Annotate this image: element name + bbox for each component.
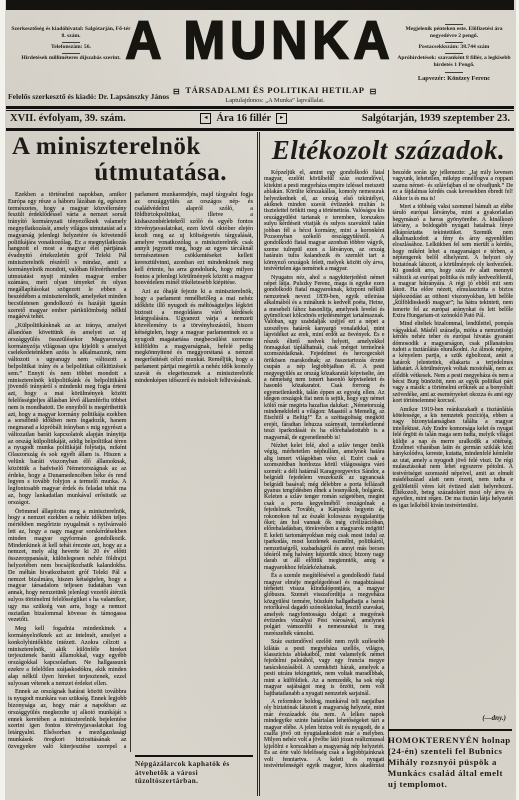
paragraph: Ezekben a történelmi napokban, amikor Eu… — [8, 192, 127, 321]
subtitle-text: TÁRSADALMI ÉS POLITIKAI HETILAP — [185, 85, 364, 95]
publisher-info-right: Megjelenik pénteken este. Előfizetési ár… — [394, 22, 514, 83]
content-divider — [6, 128, 514, 131]
article-signature: (—dny.) — [482, 714, 506, 722]
church-consecration-notice: HOMOKTERENYÉN holnap (24-én) szenteli fe… — [388, 729, 512, 790]
article-left-headline: A miniszterelnök útmutatása. — [8, 134, 253, 186]
lapvezer-line: Lapvezér: Köntzey Ferenc — [394, 72, 514, 82]
publisher-info-left: Szerkesztőség és kiadóhivatal: Salgótarj… — [10, 26, 132, 63]
paragraph: Mind elteltek bizalommal, lendülettel, p… — [393, 321, 514, 404]
paragraph: Hirdetések milliméteres díjszabás szerin… — [10, 53, 132, 63]
ornament-left-icon: ◂ — [200, 113, 211, 124]
article-right-body: Képzeljük el, amint egy gondolkodó fiata… — [264, 170, 513, 772]
box-ornament-icon: ⊟ — [370, 87, 377, 96]
paragraph: És a szemle megítélésével a gondolkodó f… — [264, 573, 385, 637]
paragraph: Amikor 1919-ben reánkszakadt a tisztánlá… — [393, 407, 514, 510]
paragraph: Meg kell fogadnia mindenkinek a kormánye… — [8, 626, 127, 687]
paragraph: Szerkesztőség és kiadóhivatal: Salgótarj… — [10, 26, 132, 40]
newspaper-title: A MUNKA — [124, 12, 396, 68]
paragraph: Telefonszám: 56. — [10, 42, 132, 52]
article-left: A miniszterelnök útmutatása. Ezekben a t… — [6, 132, 258, 796]
paragraph: Száz esztendővel ezelőtt nem nyilt széle… — [264, 639, 385, 697]
price-block: ◂ Ára 16 fillér ▸ — [200, 113, 287, 124]
headline-line-1: A miniszterelnök — [8, 134, 253, 160]
paragraph: Nyugatra néz, ahol a nagykiterjedésü ném… — [264, 275, 385, 442]
paragraph: Örömmel állapitotta meg a miniszterelnök… — [8, 509, 127, 625]
newspaper-page: Szerkesztőség és kiadóhivatal: Salgótarj… — [0, 0, 519, 800]
box-ornament-icon: ⊟ — [173, 87, 180, 96]
article-right-headline: Eltékozolt századok. — [264, 135, 513, 165]
price: Ára 16 fillér — [216, 113, 271, 124]
paragraph: „Külpolitikánknak az az iránya, amelyet … — [8, 323, 127, 507]
ornament-right-icon: ▸ — [276, 113, 287, 124]
info-line: Postacsekkszám: 38.744 szám — [394, 42, 514, 52]
subtitle-block: ⊟TÁRSADALMI ÉS POLITIKAI HETILAP⊟ Laptul… — [156, 85, 394, 104]
gas-mask-notice: Népgázálarcok kaphatók és átvehetők a vá… — [135, 755, 253, 786]
masthead-header: Szerkesztőség és kiadóhivatal: Salgótarj… — [6, 14, 514, 104]
subtitle: ⊟TÁRSADALMI ÉS POLITIKAI HETILAP⊟ — [156, 85, 394, 96]
editor-line: Felelős szerkesztő és kiadó: Dr. Lapsáns… — [8, 92, 169, 101]
paragraph: Azt az óhaját fejezte ki a miniszterelnö… — [135, 289, 254, 384]
top-black-bar — [6, 0, 514, 10]
article-left-body: Ezekben a történelmi napokban, amikor Eu… — [8, 192, 253, 752]
headline-line-2: útmutatása. — [8, 160, 253, 186]
paragraph: Nézhet kelet felé, ahol a szláv tenger ö… — [264, 443, 385, 571]
info-line: Apróhirdetések: szavanként 8 fillér, a l… — [394, 53, 514, 70]
article-right: Eltékozolt századok. Képzeljük el, amint… — [259, 132, 514, 796]
articles-area: A miniszterelnök útmutatása. Ezekben a t… — [6, 132, 514, 796]
volume-issue: XVII. évfolyam, 39. szám. — [10, 113, 126, 124]
info-line: Megjelenik pénteken este. Előfizetési ár… — [394, 24, 514, 41]
paragraph: Képzeljük el, amint egy gondolkodó fiata… — [264, 170, 385, 273]
dateline-row: XVII. évfolyam, 39. szám. ◂ Ára 16 fillé… — [6, 111, 514, 126]
owner-line: Laptulajdonos: „A Munka” lapvállalat. — [156, 97, 394, 104]
place-date: Salgótarján, 1939 szeptember 23. — [362, 113, 510, 124]
paragraph: Mert a többség vaksi szemmel bámult az e… — [393, 204, 514, 319]
